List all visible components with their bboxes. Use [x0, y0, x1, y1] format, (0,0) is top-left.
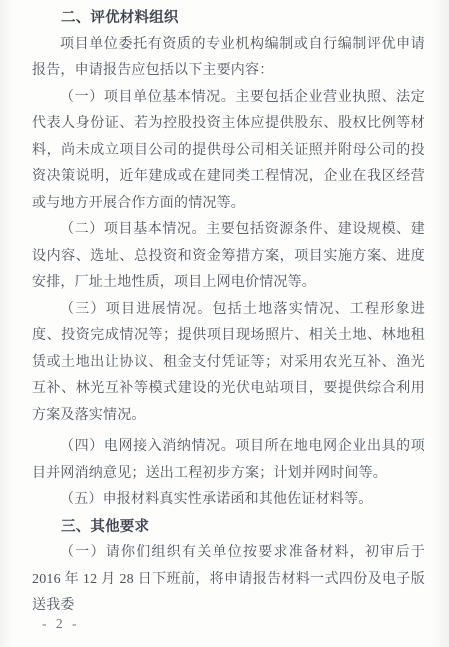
- section-heading-other-requirements: 三、其他要求: [32, 514, 425, 541]
- document-page: 二、评优材料组织 项目单位委托有资质的专业机构编制或自行编制评优申请报告，申请报…: [0, 0, 449, 647]
- page-number: - 2 -: [42, 616, 80, 632]
- paragraph-item-5-authenticity-letter: （五）申报材料真实性承诺函和其他佐证材料等。: [32, 487, 425, 514]
- paragraph-item-4-grid-connection: （四）电网接入消纳情况。项目所在地电网企业出具的项目并网消纳意见；送出工程初步方…: [32, 434, 425, 487]
- section-heading-materials: 二、评优材料组织: [32, 5, 425, 32]
- paragraph-item-3-project-progress: （三）项目进展情况。包括土地落实情况、工程形象进度、投资完成情况等；提供项目现场…: [32, 297, 425, 430]
- paragraph-item-1-unit-basic-info: （一）项目单位基本情况。主要包括企业营业执照、法定代表人身份证、若为控股投资主体…: [32, 85, 425, 218]
- paragraph-intro: 项目单位委托有资质的专业机构编制或自行编制评优申请报告，申请报告应包括以下主要内…: [32, 32, 425, 85]
- paragraph-other-req-1-deadline: （一）请你们组织有关单位按要求准备材料，初审后于 2016 年 12 月 28 …: [32, 540, 425, 620]
- paragraph-item-2-project-basic-info: （二）项目基本情况。主要包括资源条件、建设规模、建设内容、选址、总投资和资金筹措…: [32, 217, 425, 297]
